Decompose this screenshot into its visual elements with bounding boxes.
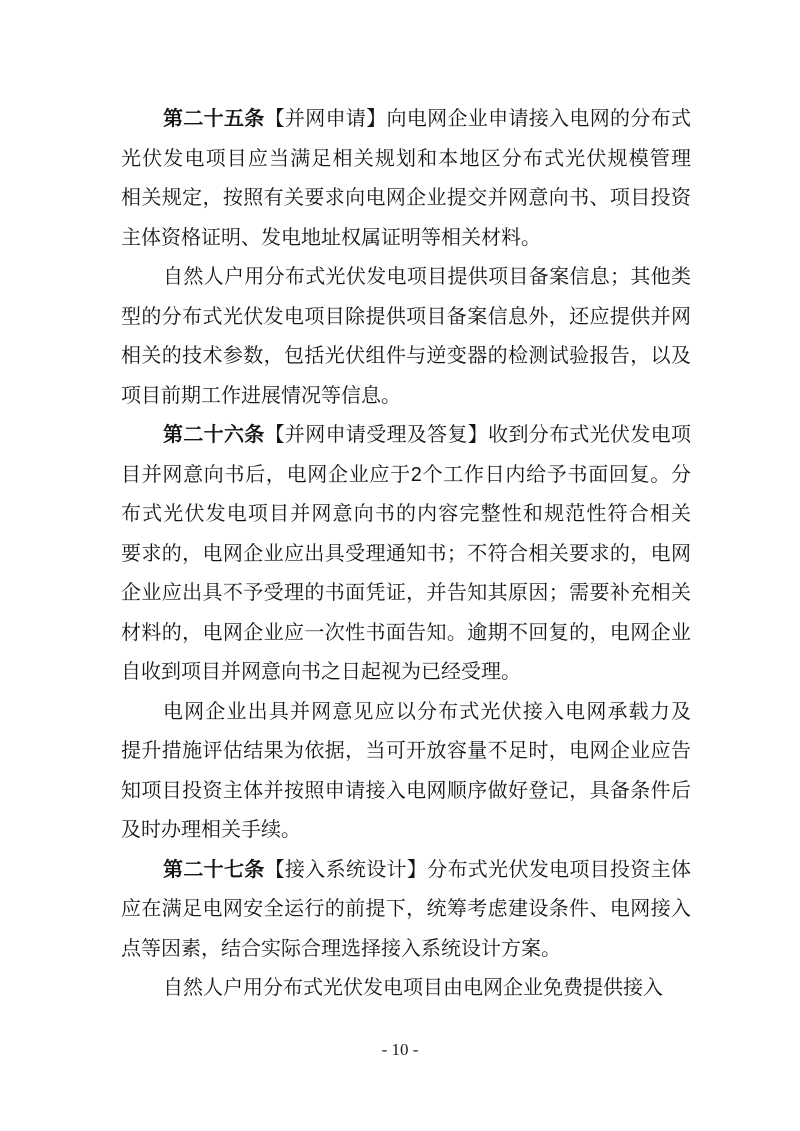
text-run: 项目前期工作进展情况等信息。 [121,385,401,407]
text-run: 及时办理相关手续。 [121,819,301,841]
text-run: 【并网申请】向电网企业申请接入电网的分布式 [265,108,691,130]
text-line: 布式光伏发电项目并网意向书的内容完整性和规范性符合相关 [121,495,691,535]
text-line: 自然人户用分布式光伏发电项目提供项目备案信息；其他类 [121,258,691,298]
text-line: 要求的，电网企业应出具受理通知书；不符合相关要求的，电网 [121,535,691,575]
text-line: 自然人户用分布式光伏发电项目由电网企业免费提供接入 [121,969,691,1009]
text-run: 提升措施评估结果为依据，当可开放容量不足时，电网企业应告 [121,740,691,762]
text-line: 及时办理相关手续。 [121,811,691,851]
text-line: 第二十六条【并网申请受理及答复】收到分布式光伏发电项 [121,416,691,456]
text-run: 布式光伏发电项目并网意向书的内容完整性和规范性符合相关 [121,503,691,525]
text-run: 目并网意向书后，电网企业应于2个工作日内给予书面回复。分 [121,464,691,486]
text-line: 相关的技术参数，包括光伏组件与逆变器的检测试验报告，以及 [121,337,691,377]
text-line: 提升措施评估结果为依据，当可开放容量不足时，电网企业应告 [121,732,691,772]
paragraph: 第二十五条【并网申请】向电网企业申请接入电网的分布式光伏发电项目应当满足相关规划… [121,100,691,258]
text-line: 主体资格证明、发电地址权属证明等相关材料。 [121,219,691,259]
text-run: 相关的技术参数，包括光伏组件与逆变器的检测试验报告，以及 [121,345,691,367]
text-run: 主体资格证明、发电地址权属证明等相关材料。 [121,227,541,249]
text-run: 光伏发电项目应当满足相关规划和本地区分布式光伏规模管理 [121,148,691,170]
text-line: 点等因素，结合实际合理选择接入系统设计方案。 [121,930,691,970]
article-number: 第二十七条 [163,859,265,881]
text-run: 【并网申请受理及答复】收到分布式光伏发电项 [265,424,691,446]
paragraph: 自然人户用分布式光伏发电项目提供项目备案信息；其他类型的分布式光伏发电项目除提供… [121,258,691,416]
text-line: 电网企业出具并网意见应以分布式光伏接入电网承载力及 [121,693,691,733]
text-line: 知项目投资主体并按照申请接入电网顺序做好登记，具备条件后 [121,772,691,812]
paragraph: 自然人户用分布式光伏发电项目由电网企业免费提供接入 [121,969,691,1009]
article-number: 第二十五条 [163,108,265,130]
text-line: 企业应出具不予受理的书面凭证，并告知其原因；需要补充相关 [121,574,691,614]
text-line: 第二十五条【并网申请】向电网企业申请接入电网的分布式 [121,100,691,140]
text-run: 知项目投资主体并按照申请接入电网顺序做好登记，具备条件后 [121,780,691,802]
text-run: 点等因素，结合实际合理选择接入系统设计方案。 [121,938,561,960]
document-page: 第二十五条【并网申请】向电网企业申请接入电网的分布式光伏发电项目应当满足相关规划… [0,0,800,1131]
text-line: 项目前期工作进展情况等信息。 [121,377,691,417]
text-run: 自然人户用分布式光伏发电项目由电网企业免费提供接入 [163,977,663,999]
text-line: 目并网意向书后，电网企业应于2个工作日内给予书面回复。分 [121,456,691,496]
text-line: 应在满足电网安全运行的前提下，统筹考虑建设条件、电网接入 [121,890,691,930]
article-number: 第二十六条 [163,424,265,446]
text-run: 自然人户用分布式光伏发电项目提供项目备案信息；其他类 [163,266,691,288]
text-run: 企业应出具不予受理的书面凭证，并告知其原因；需要补充相关 [121,582,691,604]
text-run: 材料的，电网企业应一次性书面告知。逾期不回复的，电网企业 [121,622,691,644]
text-line: 第二十七条【接入系统设计】分布式光伏发电项目投资主体 [121,851,691,891]
paragraph: 第二十七条【接入系统设计】分布式光伏发电项目投资主体应在满足电网安全运行的前提下… [121,851,691,970]
paragraph: 电网企业出具并网意见应以分布式光伏接入电网承载力及提升措施评估结果为依据，当可开… [121,693,691,851]
text-line: 型的分布式光伏发电项目除提供项目备案信息外，还应提供并网 [121,298,691,338]
text-line: 材料的，电网企业应一次性书面告知。逾期不回复的，电网企业 [121,614,691,654]
text-run: 【接入系统设计】分布式光伏发电项目投资主体 [265,859,691,881]
page-number: - 10 - [382,1040,419,1059]
text-run: 型的分布式光伏发电项目除提供项目备案信息外，还应提供并网 [121,306,691,328]
page-footer: - 10 - [0,1040,800,1060]
document-body: 第二十五条【并网申请】向电网企业申请接入电网的分布式光伏发电项目应当满足相关规划… [121,100,691,1009]
text-line: 相关规定，按照有关要求向电网企业提交并网意向书、项目投资 [121,179,691,219]
text-run: 电网企业出具并网意见应以分布式光伏接入电网承载力及 [163,701,691,723]
text-run: 自收到项目并网意向书之日起视为已经受理。 [121,661,521,683]
text-line: 自收到项目并网意向书之日起视为已经受理。 [121,653,691,693]
text-run: 要求的，电网企业应出具受理通知书；不符合相关要求的，电网 [121,543,691,565]
paragraph: 第二十六条【并网申请受理及答复】收到分布式光伏发电项目并网意向书后，电网企业应于… [121,416,691,693]
text-run: 应在满足电网安全运行的前提下，统筹考虑建设条件、电网接入 [121,898,691,920]
text-line: 光伏发电项目应当满足相关规划和本地区分布式光伏规模管理 [121,140,691,180]
text-run: 相关规定，按照有关要求向电网企业提交并网意向书、项目投资 [121,187,691,209]
